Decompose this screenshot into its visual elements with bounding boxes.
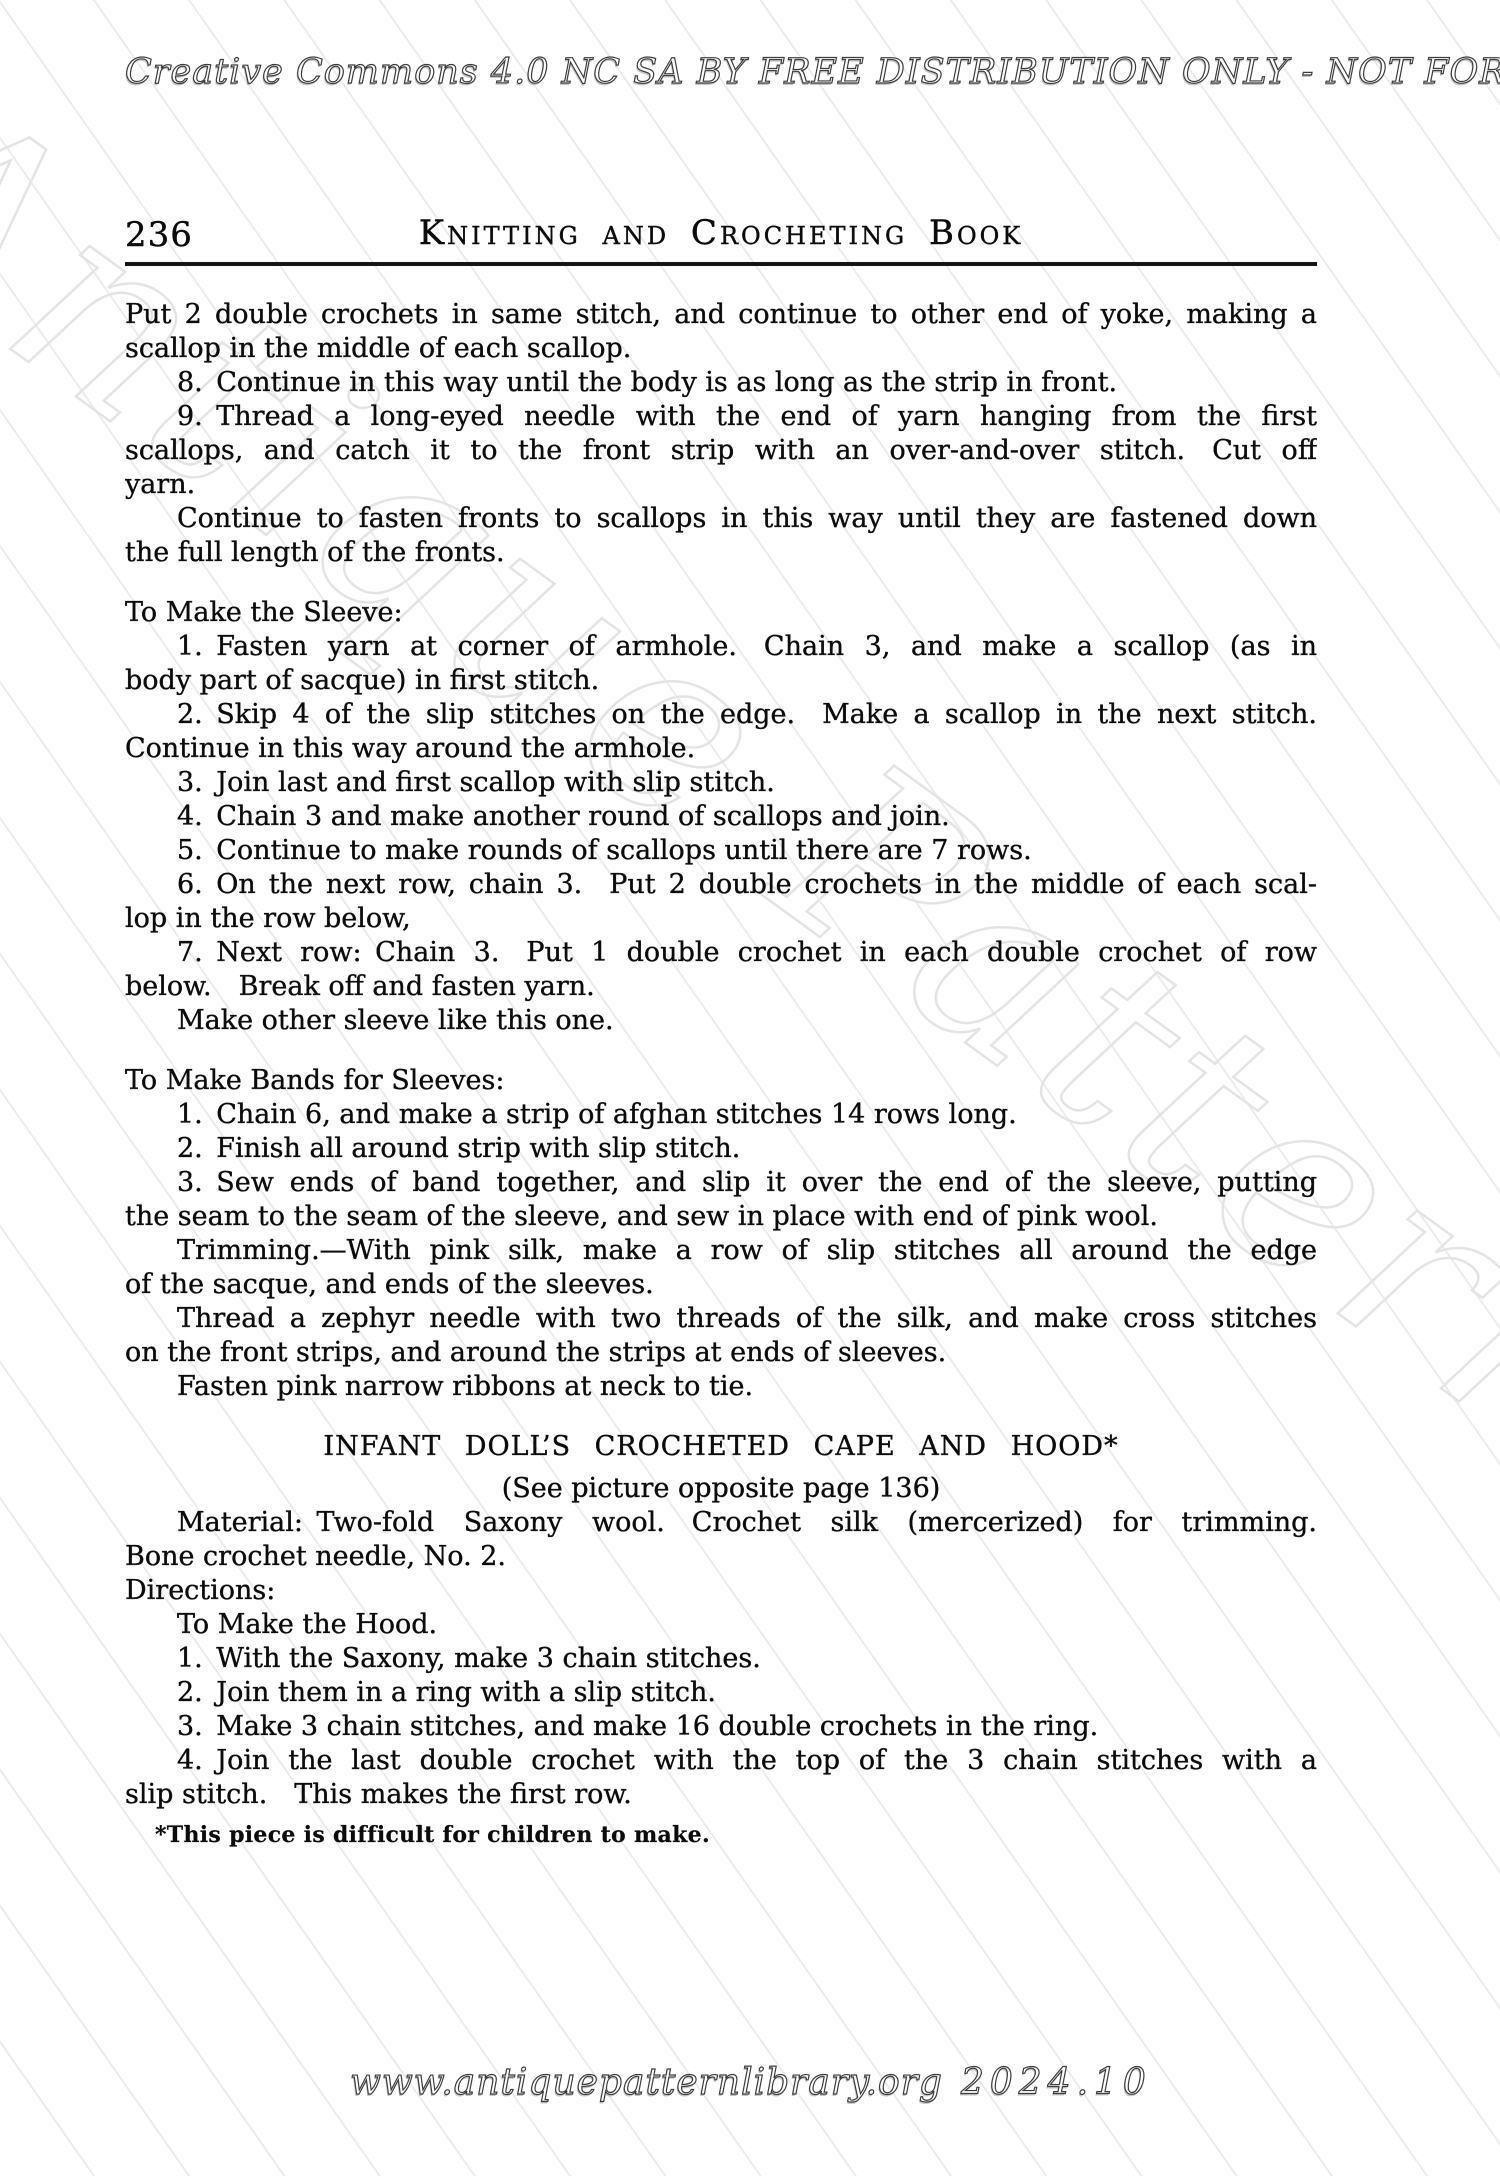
text-line: lop in the row below, [125,902,1317,936]
text-line: 3. Sew ends of band together, and slip i… [125,1166,1317,1200]
text-line: 2. Skip 4 of the slip stitches on the ed… [125,698,1317,732]
section-make-sleeve: To Make the Sleeve:1. Fasten yarn at cor… [125,596,1317,1038]
text-line: yarn. [125,468,1317,502]
text-line: Continue to fasten fronts to scallops in… [125,502,1317,536]
section-make-bands: To Make Bands for Sleeves:1. Chain 6, an… [125,1064,1317,1404]
text-line: 6. On the next row, chain 3. Put 2 doubl… [125,868,1317,902]
text-line: 9. Thread a long-eyed needle with the en… [125,400,1317,434]
text-line: Continue in this way around the armhole. [125,732,1317,766]
text-line: slip stitch. This makes the first row. [125,1778,1317,1812]
text-line: Make other sleeve like this one. [125,1004,1317,1038]
text-line: scallops, and catch it to the front stri… [125,434,1317,468]
text-line: below. Break off and fasten yarn. [125,970,1317,1004]
text-line: 2. Finish all around strip with slip sti… [125,1132,1317,1166]
page-number: 236 [125,215,193,255]
text-line: Bone crochet needle, No. 2. [125,1540,1317,1574]
footnote: *This piece is difficult for children to… [125,1822,1317,1848]
header-rule [125,262,1317,266]
text-line: 4. Join the last double crochet with the… [125,1744,1317,1778]
text-line: To Make the Sleeve: [125,596,1317,630]
text-line: 3. Join last and first scallop with slip… [125,766,1317,800]
section-cape-and-hood: INFANT DOLL’S CROCHETED CAPE AND HOOD*(S… [125,1430,1317,1812]
text-line: 4. Chain 3 and make another round of sca… [125,800,1317,834]
text-line: 2. Join them in a ring with a slip stitc… [125,1676,1317,1710]
text-line: Material: Two-fold Saxony wool. Crochet … [125,1506,1317,1540]
text-line: Fasten pink narrow ribbons at neck to ti… [125,1370,1317,1404]
text-line: on the front strips, and around the stri… [125,1336,1317,1370]
footer-url: www.antiquepatternlibrary.org [350,2062,943,2103]
page-footer: www.antiquepatternlibrary.org2024.10 [140,2062,1362,2103]
text-line: 1. Chain 6, and make a strip of afghan s… [125,1098,1317,1132]
text-line: Put 2 double crochets in same stitch, an… [125,298,1317,332]
text-line: of the sacque, and ends of the sleeves. [125,1268,1317,1302]
text-line: the seam to the seam of the sleeve, and … [125,1200,1317,1234]
page-sheet: Antique Pattern Library Creative Commons… [0,0,1500,2176]
text-line: (See picture opposite page 136) [125,1472,1317,1506]
cc-notice: Creative Commons 4.0 NC SA BY FREE DISTR… [125,52,1347,92]
page-body: Put 2 double crochets in same stitch, an… [125,298,1317,1848]
text-line: 5. Continue to make rounds of scallops u… [125,834,1317,868]
text-line: Directions: [125,1574,1317,1608]
text-line: Thread a zephyr needle with two threads … [125,1302,1317,1336]
text-line: To Make Bands for Sleeves: [125,1064,1317,1098]
text-line: To Make the Hood. [125,1608,1317,1642]
running-title: Knitting and Crocheting Book [125,213,1317,253]
text-line: scallop in the middle of each scallop. [125,332,1317,366]
text-line: the full length of the fronts. [125,536,1317,570]
section-yoke-continuation: Put 2 double crochets in same stitch, an… [125,298,1317,570]
text-line: 7. Next row: Chain 3. Put 1 double croch… [125,936,1317,970]
footer-edition: 2024.10 [961,2062,1152,2103]
text-line: 8. Continue in this way until the body i… [125,366,1317,400]
text-line: Trimming.—With pink silk, make a row of … [125,1234,1317,1268]
text-line: body part of sacque) in first stitch. [125,664,1317,698]
text-line: INFANT DOLL’S CROCHETED CAPE AND HOOD* [125,1430,1317,1464]
text-line: 1. Fasten yarn at corner of armhole. Cha… [125,630,1317,664]
page-header: 236 Knitting and Crocheting Book [125,213,1317,259]
text-line: 3. Make 3 chain stitches, and make 16 do… [125,1710,1317,1744]
text-line: 1. With the Saxony, make 3 chain stitche… [125,1642,1317,1676]
